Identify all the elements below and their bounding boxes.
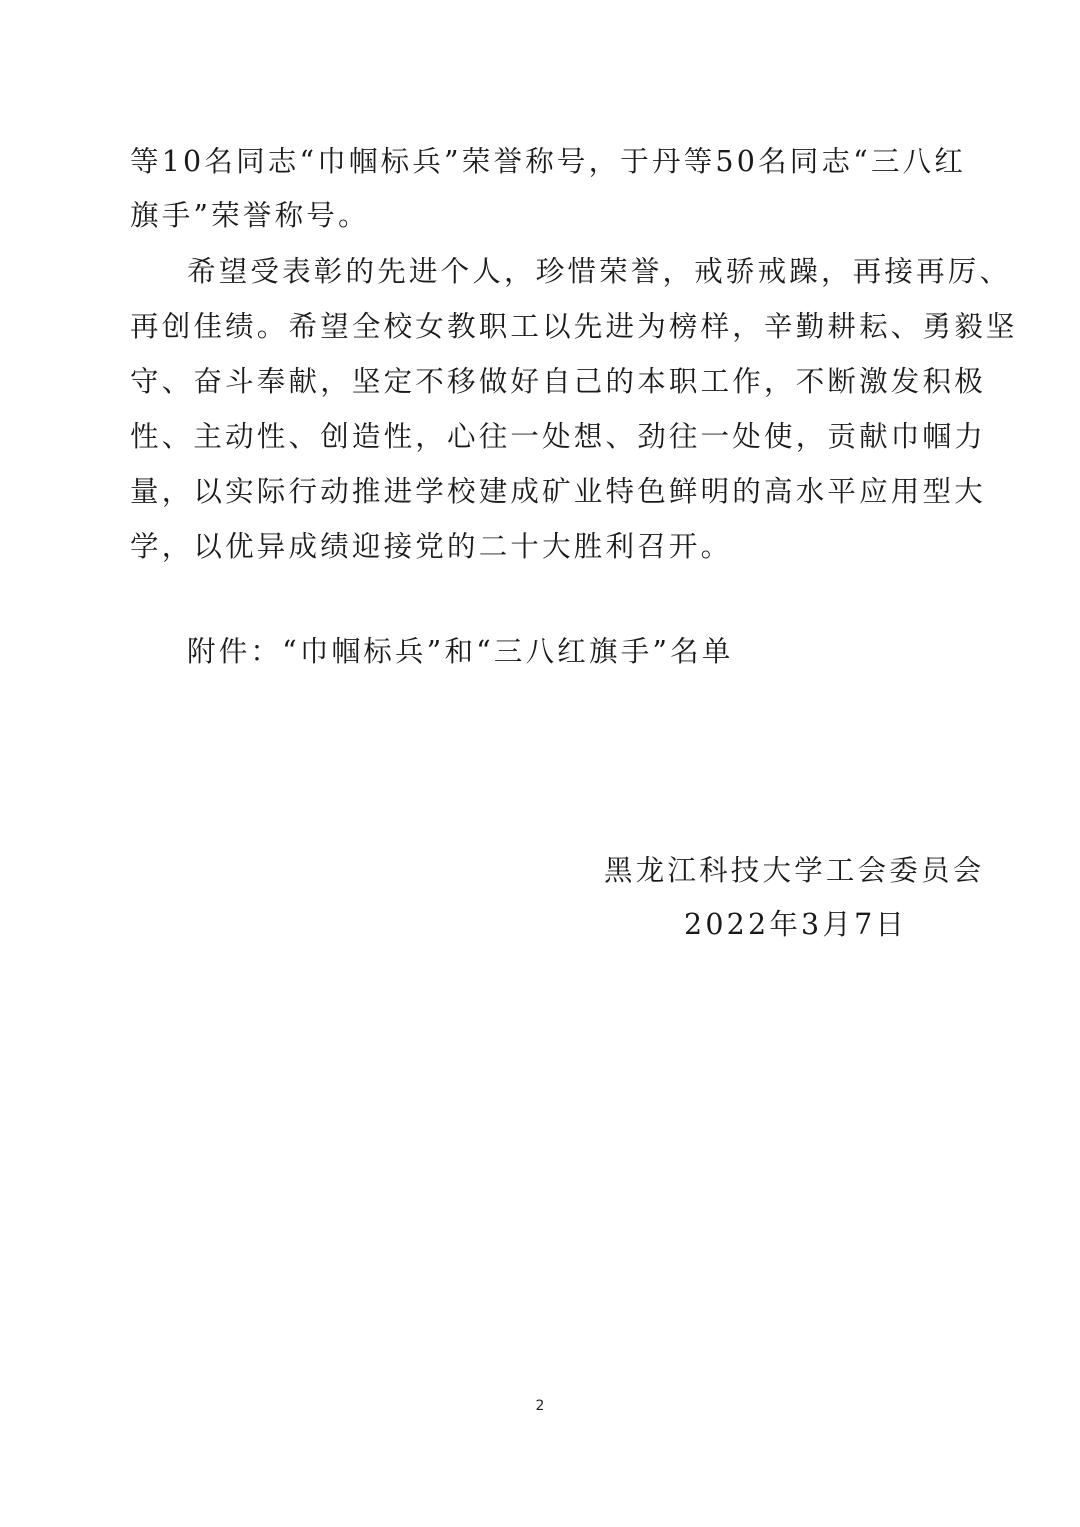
page-number: 2: [0, 1398, 1080, 1414]
paragraph-hope-line-5: 量，以实际行动推进学校建成矿业特色鲜明的高水平应用型大: [130, 472, 952, 512]
paragraph-hope-line-6: 学，以优异成绩迎接党的二十大胜利召开。: [130, 527, 952, 567]
paragraph-hope-line-4: 性、主动性、创造性，心往一处想、劲往一处使，贡献巾帼力: [130, 417, 952, 457]
signature-organization: 黑龙江科技大学工会委员会: [604, 851, 984, 891]
signature-date: 2022年3月7日: [684, 905, 907, 945]
paragraph-hope-line-2: 再创佳绩。希望全校女教职工以先进为榜样，辛勤耕耘、勇毅坚: [130, 307, 952, 347]
paragraph-hope-line-1: 希望受表彰的先进个人，珍惜荣誉，戒骄戒躁，再接再厉、: [187, 252, 1009, 292]
paragraph-hope-line-3: 守、奋斗奉献，坚定不移做好自己的本职工作，不断激发积极: [130, 362, 952, 402]
paragraph-continuation-line-1: 等10名同志“巾帼标兵”荣誉称号，于丹等50名同志“三八红: [130, 142, 952, 182]
paragraph-continuation-line-2: 旗手”荣誉称号。: [130, 196, 952, 236]
document-page: 等10名同志“巾帼标兵”荣誉称号，于丹等50名同志“三八红 旗手”荣誉称号。 希…: [0, 0, 1080, 1527]
attachment-note: 附件：“巾帼标兵”和“三八红旗手”名单: [187, 632, 1009, 672]
